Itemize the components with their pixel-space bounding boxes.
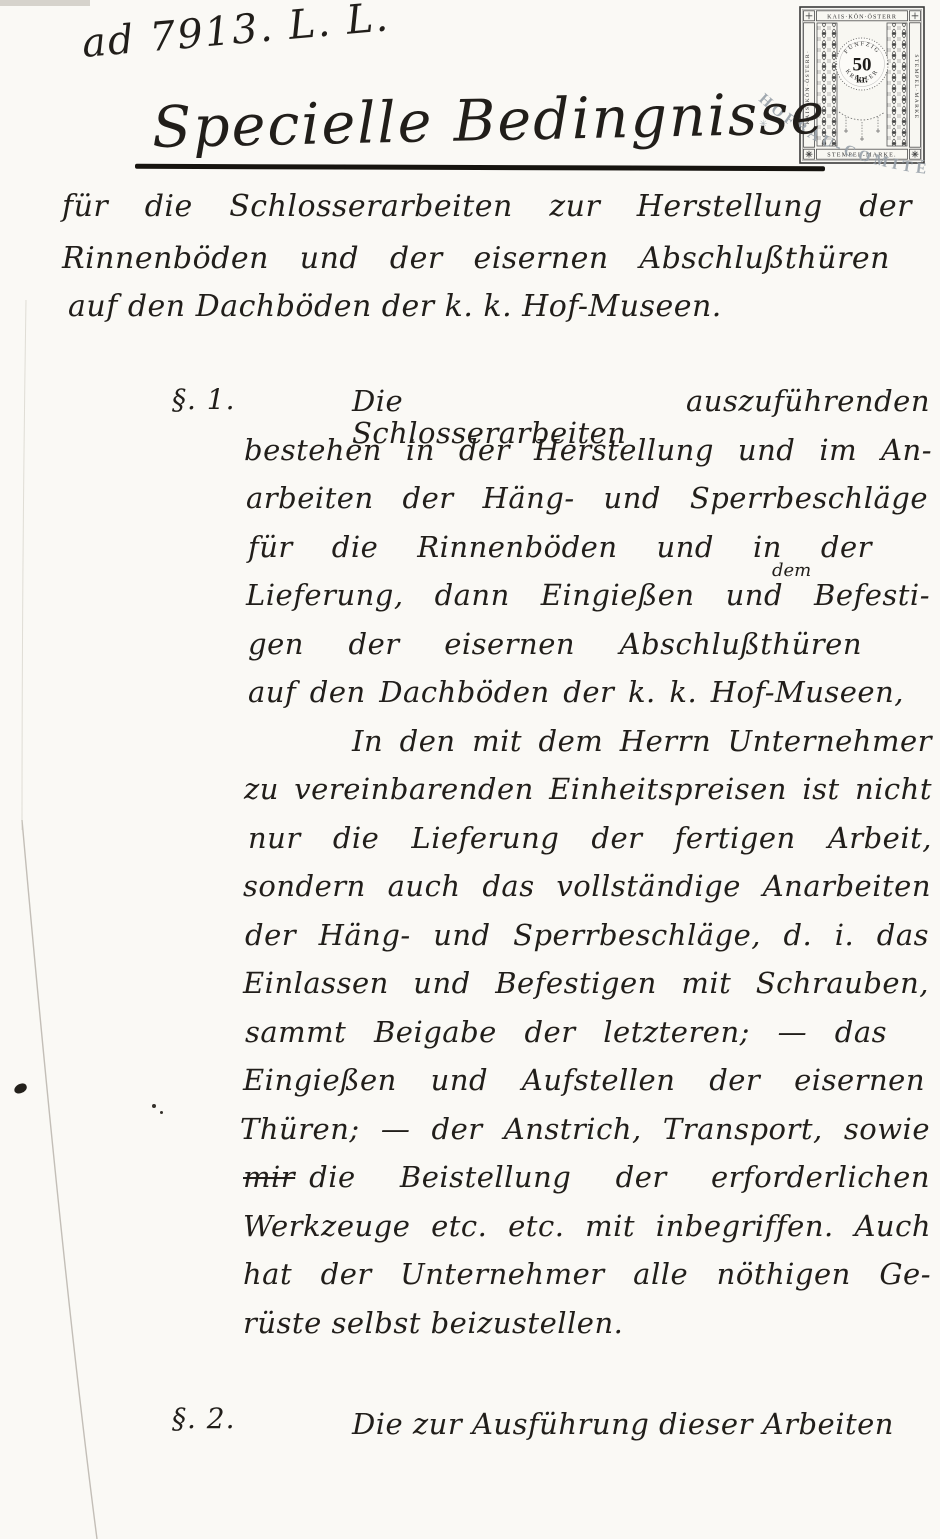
manuscript-line: sondern auch das vollständige Anarbeiten: [243, 871, 931, 903]
ink-speck: [160, 1111, 163, 1114]
manuscript-page: ad 7913. L. L.: [0, 0, 940, 1539]
title-underline: [135, 164, 825, 171]
manuscript-line: hat der Unternehmer alle nöthigen Ge-: [243, 1259, 931, 1291]
manuscript-line: arbeiten der Häng- und Sperrbeschläge: [246, 483, 928, 515]
section-2-marker: §. 2.: [172, 1404, 236, 1435]
section-1-marker: §. 1.: [172, 385, 236, 416]
stamp-right-banner: STEMPEL·MARKE: [913, 54, 919, 119]
subtitle-line: für die Schlosserarbeiten zur Herstellun…: [62, 190, 912, 223]
manuscript-line: zu vereinbarenden Einheitspreisen ist ni…: [244, 774, 932, 806]
subtitle-line: auf den Dachböden der k. k. Hof-Museen.: [68, 290, 722, 323]
manuscript-line: auf den Dachböden der k. k. Hof-Museen,: [248, 677, 904, 709]
document-title: Specielle Bedingnisse: [151, 83, 826, 160]
manuscript-line-text: die Beistellung der erforderlichen: [309, 1160, 930, 1194]
stamp-bottom-banner: STEMPEL-MARKE.: [827, 153, 896, 159]
subtitle-line: Rinnenböden und der eisernen Abschlußthü…: [62, 242, 890, 275]
manuscript-line: Werkzeuge etc. etc. mit inbegriffen. Auc…: [243, 1211, 931, 1243]
stamp-floral-column-right: [887, 23, 907, 146]
manuscript-line: nur die Lieferung der fertigen Arbeit,: [248, 823, 932, 855]
manuscript-line: rüste selbst beizustellen.: [243, 1308, 623, 1340]
stamp-value-medallion: FÜNFZIG 50 kr. KREUZER: [836, 38, 889, 90]
manuscript-line: Lieferung, dann Eingießen und Befesti-: [246, 580, 930, 612]
manuscript-line: sammt Beigabe der letzteren; — das: [245, 1017, 887, 1049]
manuscript-line: In den mit dem Herrn Unternehmer: [352, 726, 932, 758]
scan-edge-smudge: [0, 0, 90, 6]
manuscript-line: gen der eisernen Abschlußthüren: [248, 629, 862, 661]
manuscript-line: Die zur Ausführung dieser Arbeiten: [352, 1409, 894, 1441]
struck-word: mir: [243, 1160, 295, 1194]
manuscript-line: der Häng- und Sperrbeschläge, d. i. das: [245, 920, 929, 952]
manuscript-line: Thüren; — der Anstrich, Transport, sowie: [240, 1114, 930, 1146]
manuscript-line: bestehen in der Herstellung und im An-: [244, 435, 932, 467]
stamp-top-banner: KAIS·KÖN·ÖSTERR: [827, 13, 897, 20]
interlinear-insertion: dem: [772, 560, 811, 581]
filing-reference: ad 7913. L. L.: [80, 0, 391, 66]
manuscript-line: mirdie Beistellung der erforderlichen: [243, 1162, 930, 1194]
ink-blot: [13, 1082, 28, 1095]
stamp-value-number: 50: [853, 55, 872, 76]
manuscript-line: Eingießen und Aufstellen der eisernen: [243, 1065, 925, 1097]
manuscript-line: Einlassen und Befestigen mit Schrauben,: [243, 968, 929, 1000]
ink-speck: [152, 1104, 156, 1108]
